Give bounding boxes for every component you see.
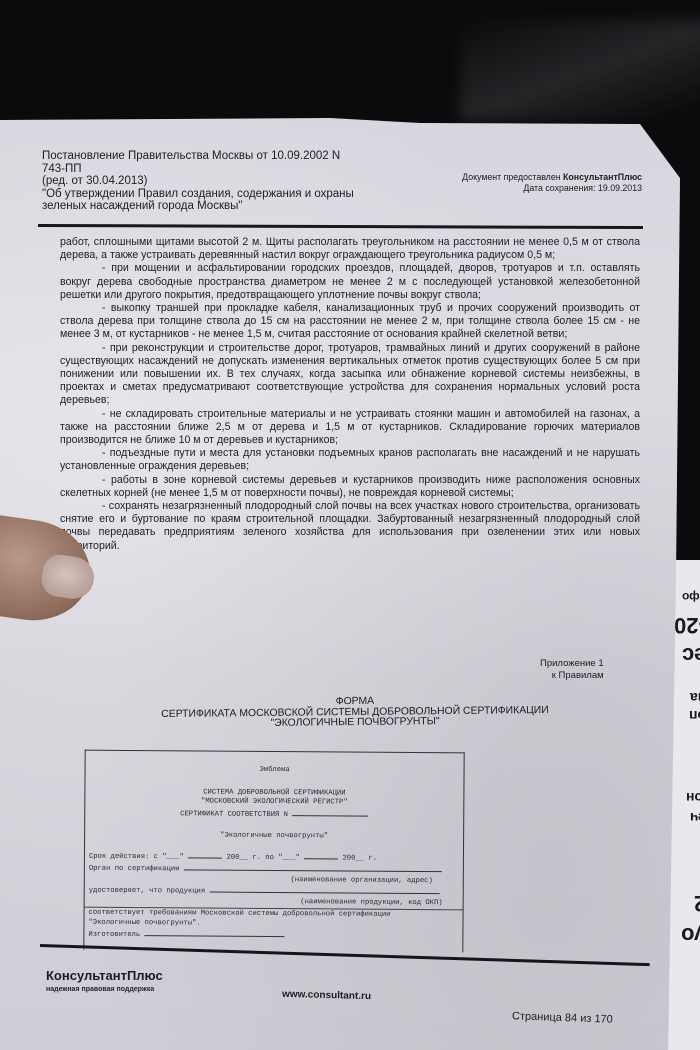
footer-tagline: надежная правовая поддержка — [46, 986, 154, 993]
cert-product: "Экологичные почвогрунты" — [85, 831, 463, 843]
body-paragraph: - работы в зоне корневой системы деревье… — [60, 474, 640, 500]
document-title-line: (ред. от 30.04.2013) — [42, 175, 382, 188]
validity-to-label: 200__ г. по "___" — [226, 853, 299, 862]
body-paragraph: - при реконструкции и строительстве доро… — [60, 342, 640, 408]
background-shadow — [460, 20, 700, 120]
document-title-block: Постановление Правительства Москвы от 10… — [42, 150, 382, 213]
cert-body-row: Орган по сертификации — [85, 862, 463, 877]
background-paper-fragment: еч — [690, 810, 700, 826]
body-paragraph: - не складировать строительные материалы… — [60, 408, 640, 448]
manufacturer-row: Изготовитель — [84, 928, 462, 943]
validity-year-label: 200__ г. — [342, 854, 377, 862]
certifies-row: удостоверяет, что продукция — [85, 884, 463, 899]
provided-by-label: Документ предоставлен — [462, 172, 563, 182]
cert-body-field[interactable] — [184, 862, 442, 872]
document-title-line: 743-ПП — [42, 163, 382, 176]
body-paragraph: - сохранять незагрязненный плодородный с… — [60, 500, 640, 553]
provider-brand: КонсультантПлюс — [563, 172, 642, 182]
emblem-placeholder: Эмблема — [86, 765, 464, 777]
background-paper-fragment: ес — [682, 642, 700, 668]
validity-label: Срок действия: с "___" — [89, 852, 184, 861]
background-paper-fragment: -20 — [674, 612, 700, 638]
provider-block: Документ предоставлен КонсультантПлюс Да… — [432, 172, 642, 194]
background-paper-fragment: 2 — [694, 890, 700, 916]
certifies-label: удостоверяет, что продукция — [89, 887, 206, 896]
background-paper-fragment: оп — [689, 708, 700, 724]
certificate-form: Эмблема СИСТЕМА ДОБРОВОЛЬНОЙ СЕРТИФИКАЦИ… — [83, 750, 464, 953]
document-title-line: "Об утверждении Правил создания, содержа… — [42, 188, 382, 201]
body-paragraph: - выкопку траншей при прокладке кабеля, … — [60, 302, 640, 342]
background-paper-fragment: на — [690, 690, 700, 706]
manufacturer-field[interactable] — [144, 928, 284, 937]
save-date: Дата сохранения: 19.09.2013 — [432, 183, 642, 194]
background-paper-fragment: уо — [681, 922, 700, 948]
document-title-line: Постановление Правительства Москвы от 10… — [42, 150, 382, 163]
product-field[interactable] — [210, 885, 440, 895]
cert-number-field[interactable] — [292, 808, 368, 817]
validity-month-from[interactable] — [188, 850, 222, 858]
cert-number-row: СЕРТИФИКАТ СООТВЕТСТВИЯ N — [85, 806, 463, 821]
document-body: работ, сплошными щитами высотой 2 м. Щит… — [60, 236, 640, 553]
form-title: ФОРМА СЕРТИФИКАТА МОСКОВСКОЙ СИСТЕМЫ ДОБ… — [140, 695, 570, 731]
body-paragraph: работ, сплошными щитами высотой 2 м. Щит… — [60, 236, 640, 262]
manufacturer-label: Изготовитель — [88, 931, 140, 939]
footer-url[interactable]: www.consultant.ru — [282, 989, 371, 1002]
cert-body-label: Орган по сертификации — [89, 865, 180, 874]
background-paper-fragment: ефо — [682, 590, 700, 604]
document-title-line: зеленых насаждений города Москвы" — [42, 200, 382, 213]
validity-month-to[interactable] — [304, 851, 338, 859]
annex-line: Приложение 1 — [540, 658, 604, 670]
annex-line: к Правилам — [540, 670, 604, 682]
body-paragraph: - подъездные пути и места для установки … — [60, 447, 640, 473]
annex-label: Приложение 1 к Правилам — [540, 658, 604, 682]
cert-number-label: СЕРТИФИКАТ СООТВЕТСТВИЯ N — [180, 810, 288, 819]
background-paper-fragment: юн — [686, 790, 700, 806]
body-paragraph: - при мощении и асфальтировании городски… — [60, 262, 640, 302]
footer-brand: КонсультантПлюс — [46, 968, 163, 983]
provided-by: Документ предоставлен КонсультантПлюс — [432, 172, 642, 183]
